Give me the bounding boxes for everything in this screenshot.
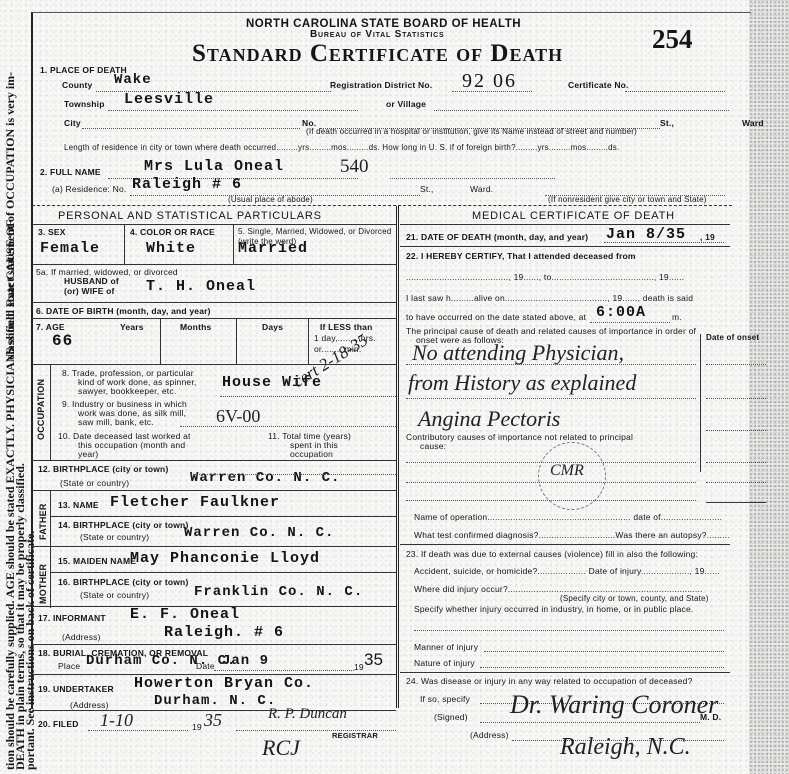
undertaker-label: 19. UNDERTAKER	[38, 684, 114, 694]
mother-name-label: 15. MAIDEN NAME	[58, 556, 136, 566]
birthplace-value: Warren Co. N. C.	[190, 470, 340, 486]
md-suffix: M. D.	[700, 712, 721, 722]
bureau-name: Bureau of Vital Statistics	[310, 29, 444, 40]
father-birthplace-value: Warren Co. N. C.	[184, 525, 334, 541]
father-name-label: 13. NAME	[58, 500, 99, 510]
certificate-no-label: Certificate No.	[568, 80, 629, 90]
residence-label: (a) Residence: No.	[52, 184, 126, 194]
less-than-label-1: If LESS than	[320, 322, 372, 332]
physician-signature: Dr. Waring Coroner	[510, 690, 718, 720]
father-birthplace-state-label: (State or country)	[80, 532, 149, 542]
occurred-at-label: to have occurred on the date stated abov…	[406, 312, 586, 322]
father-side-label: FATHER	[38, 503, 48, 540]
trade-label-3: sawyer, bookkeeper, etc.	[78, 386, 176, 396]
date-of-onset-label: Date of onset	[706, 333, 759, 342]
scan-noise-edge	[749, 0, 789, 774]
time-of-death-suffix: m.	[672, 312, 682, 322]
residence-street-label: St.,	[420, 184, 434, 194]
total-time-label-3: occupation	[290, 449, 333, 459]
cause-line-1: No attending Physician,	[412, 340, 624, 366]
county-label: County	[62, 80, 92, 90]
date-of-death-year-suffix: , 19	[700, 232, 715, 242]
nonresident-note: (If nonresident give city or town and St…	[548, 195, 707, 204]
signed-label: (Signed)	[434, 712, 468, 722]
mother-name-value: May Phanconie Lloyd	[130, 550, 320, 567]
marital-status-value: Married	[238, 240, 308, 257]
ward-label: Ward	[742, 118, 764, 128]
informant-address-label: (Address)	[62, 632, 101, 642]
burial-date-label: Date	[196, 661, 215, 671]
spouse-label-2: HUSBAND of	[64, 276, 119, 286]
age-days-label: Days	[262, 322, 283, 332]
father-name-value: Fletcher Faulkner	[110, 494, 280, 511]
stamp-text: CMR	[550, 462, 584, 480]
residence-value: Raleigh # 6	[132, 176, 242, 193]
diagnosis-line: What test confirmed diagnosis?..........…	[414, 530, 730, 540]
nature-of-injury-label: Nature of injury	[414, 658, 475, 668]
medical-section-title: MEDICAL CERTIFICATE OF DEATH	[472, 210, 675, 222]
registration-district-value: 92 06	[462, 70, 517, 93]
informant-value: E. F. Oneal	[130, 606, 240, 623]
mother-side-label: MOTHER	[38, 564, 48, 604]
undertaker-address-value: Durham. N. C.	[154, 693, 276, 709]
occupation-side-label: OCCUPATION	[36, 379, 46, 440]
filed-date-value: 1-10	[100, 710, 133, 731]
registrar-label: REGISTRAR	[332, 731, 378, 740]
cause-line-2: from History as explained	[408, 370, 636, 396]
hospital-note: (If death occurred in a hospital or inst…	[306, 127, 637, 136]
sex-value: Female	[40, 240, 100, 257]
age-months-label: Months	[180, 322, 211, 332]
column-divider	[396, 206, 399, 708]
township-value: Leesville	[124, 91, 214, 108]
accident-line: Accident, suicide, or homicide?.........…	[414, 566, 720, 576]
certificate-title: Standard Certificate of Death	[192, 40, 563, 68]
burial-date-value: Jan 9	[222, 653, 269, 669]
county-value: Wake	[114, 72, 152, 88]
age-years-value: 66	[52, 332, 73, 350]
certificate-page: classified. Exact statement of OCCUPATIO…	[0, 0, 789, 774]
certify-label: 22. I HEREBY CERTIFY, That I attended de…	[406, 251, 636, 261]
filed-label: 20. FILED	[38, 719, 79, 729]
spouse-value: T. H. Oneal	[146, 278, 256, 295]
date-of-death-label: 21. DATE OF DEATH (month, day, and year)	[406, 232, 588, 242]
village-label: or Village	[386, 99, 426, 109]
father-birthplace-label: 14. BIRTHPLACE (city or town)	[58, 520, 188, 530]
birthplace-state-label: (State or country)	[60, 478, 129, 488]
mother-birthplace-label: 16. BIRTHPLACE (city or town)	[58, 577, 188, 587]
certificate-number-stamp: 254	[652, 24, 693, 55]
sex-label: 3. SEX	[38, 227, 66, 237]
residence-length-line: Length of residence in city or town wher…	[64, 143, 619, 152]
race-value: White	[146, 240, 196, 257]
burial-year-value: 35	[364, 650, 383, 670]
external-causes-label: 23. If death was due to external causes …	[406, 549, 698, 559]
registrar-signature: R. P. Duncan	[268, 706, 347, 723]
industry-label-3: saw mill, bank, etc.	[78, 417, 154, 427]
burial-year-prefix: 19	[354, 662, 364, 672]
age-years-label: Years	[120, 322, 144, 332]
birthplace-label: 12. BIRTHPLACE (city or town)	[38, 464, 168, 474]
manner-of-injury-label: Manner of injury	[414, 642, 478, 652]
residence-ward-label: Ward.	[470, 184, 493, 194]
contributory-label-2: cause:	[420, 441, 446, 451]
attended-from-to-line: ........................................…	[406, 272, 684, 282]
last-worked-label-3: year)	[78, 449, 98, 459]
township-label: Township	[64, 99, 105, 109]
spouse-label-3: (or) WIFE of	[64, 286, 115, 296]
registration-district-label: Registration District No.	[330, 80, 432, 90]
specify-place-label: Specify whether injury occurred in indus…	[414, 604, 694, 614]
street-label: St.,	[660, 118, 674, 128]
burial-place-label: Place	[58, 661, 80, 671]
city-label: City	[64, 118, 81, 128]
personal-section-title: PERSONAL AND STATISTICAL PARTICULARS	[58, 210, 322, 222]
date-of-death-value: Jan 8/35	[606, 226, 686, 243]
physician-address: Raleigh, N.C.	[560, 734, 691, 761]
time-of-death-value: 6:00A	[596, 304, 646, 321]
race-label: 4. COLOR OR RACE	[130, 227, 215, 237]
last-saw-line: I last saw h.........alive on...........…	[406, 293, 693, 303]
full-name-label: 2. FULL NAME	[40, 167, 101, 177]
abode-note: (Usual place of abode)	[228, 195, 313, 204]
filed-year-prefix: 19	[192, 722, 202, 732]
full-name-margin-note: 540	[340, 156, 369, 178]
registrar-initials: RCJ	[262, 735, 300, 761]
dob-label: 6. DATE OF BIRTH (month, day, and year)	[36, 306, 211, 316]
side-instructions: classified. Exact statement of OCCUPATIO…	[0, 0, 34, 774]
operation-line: Name of operation.......................…	[414, 512, 722, 522]
address-label: (Address)	[470, 730, 509, 740]
industry-annotation: 6V-00	[216, 406, 260, 427]
mother-birthplace-value: Franklin Co. N. C.	[194, 584, 363, 600]
specify-location-note: (Specify city or town, county, and State…	[560, 594, 709, 603]
undertaker-value: Howerton Bryan Co.	[134, 675, 314, 692]
informant-label: 17. INFORMANT	[38, 613, 106, 623]
if-so-specify-label: If so, specify	[420, 694, 470, 704]
occupation-related-label: 24. Was disease or injury in any way rel…	[406, 676, 693, 686]
age-label: 7. AGE	[36, 322, 65, 332]
full-name-value: Mrs Lula Oneal	[144, 158, 284, 175]
informant-address-value: Raleigh. # 6	[164, 624, 284, 641]
filed-year-value: 35	[204, 710, 222, 731]
mother-birthplace-state-label: (State or country)	[80, 590, 149, 600]
undertaker-address-label: (Address)	[70, 700, 109, 710]
where-injury-line: Where did injury occur?.................…	[414, 584, 703, 594]
cause-line-3: Angina Pectoris	[418, 406, 560, 432]
